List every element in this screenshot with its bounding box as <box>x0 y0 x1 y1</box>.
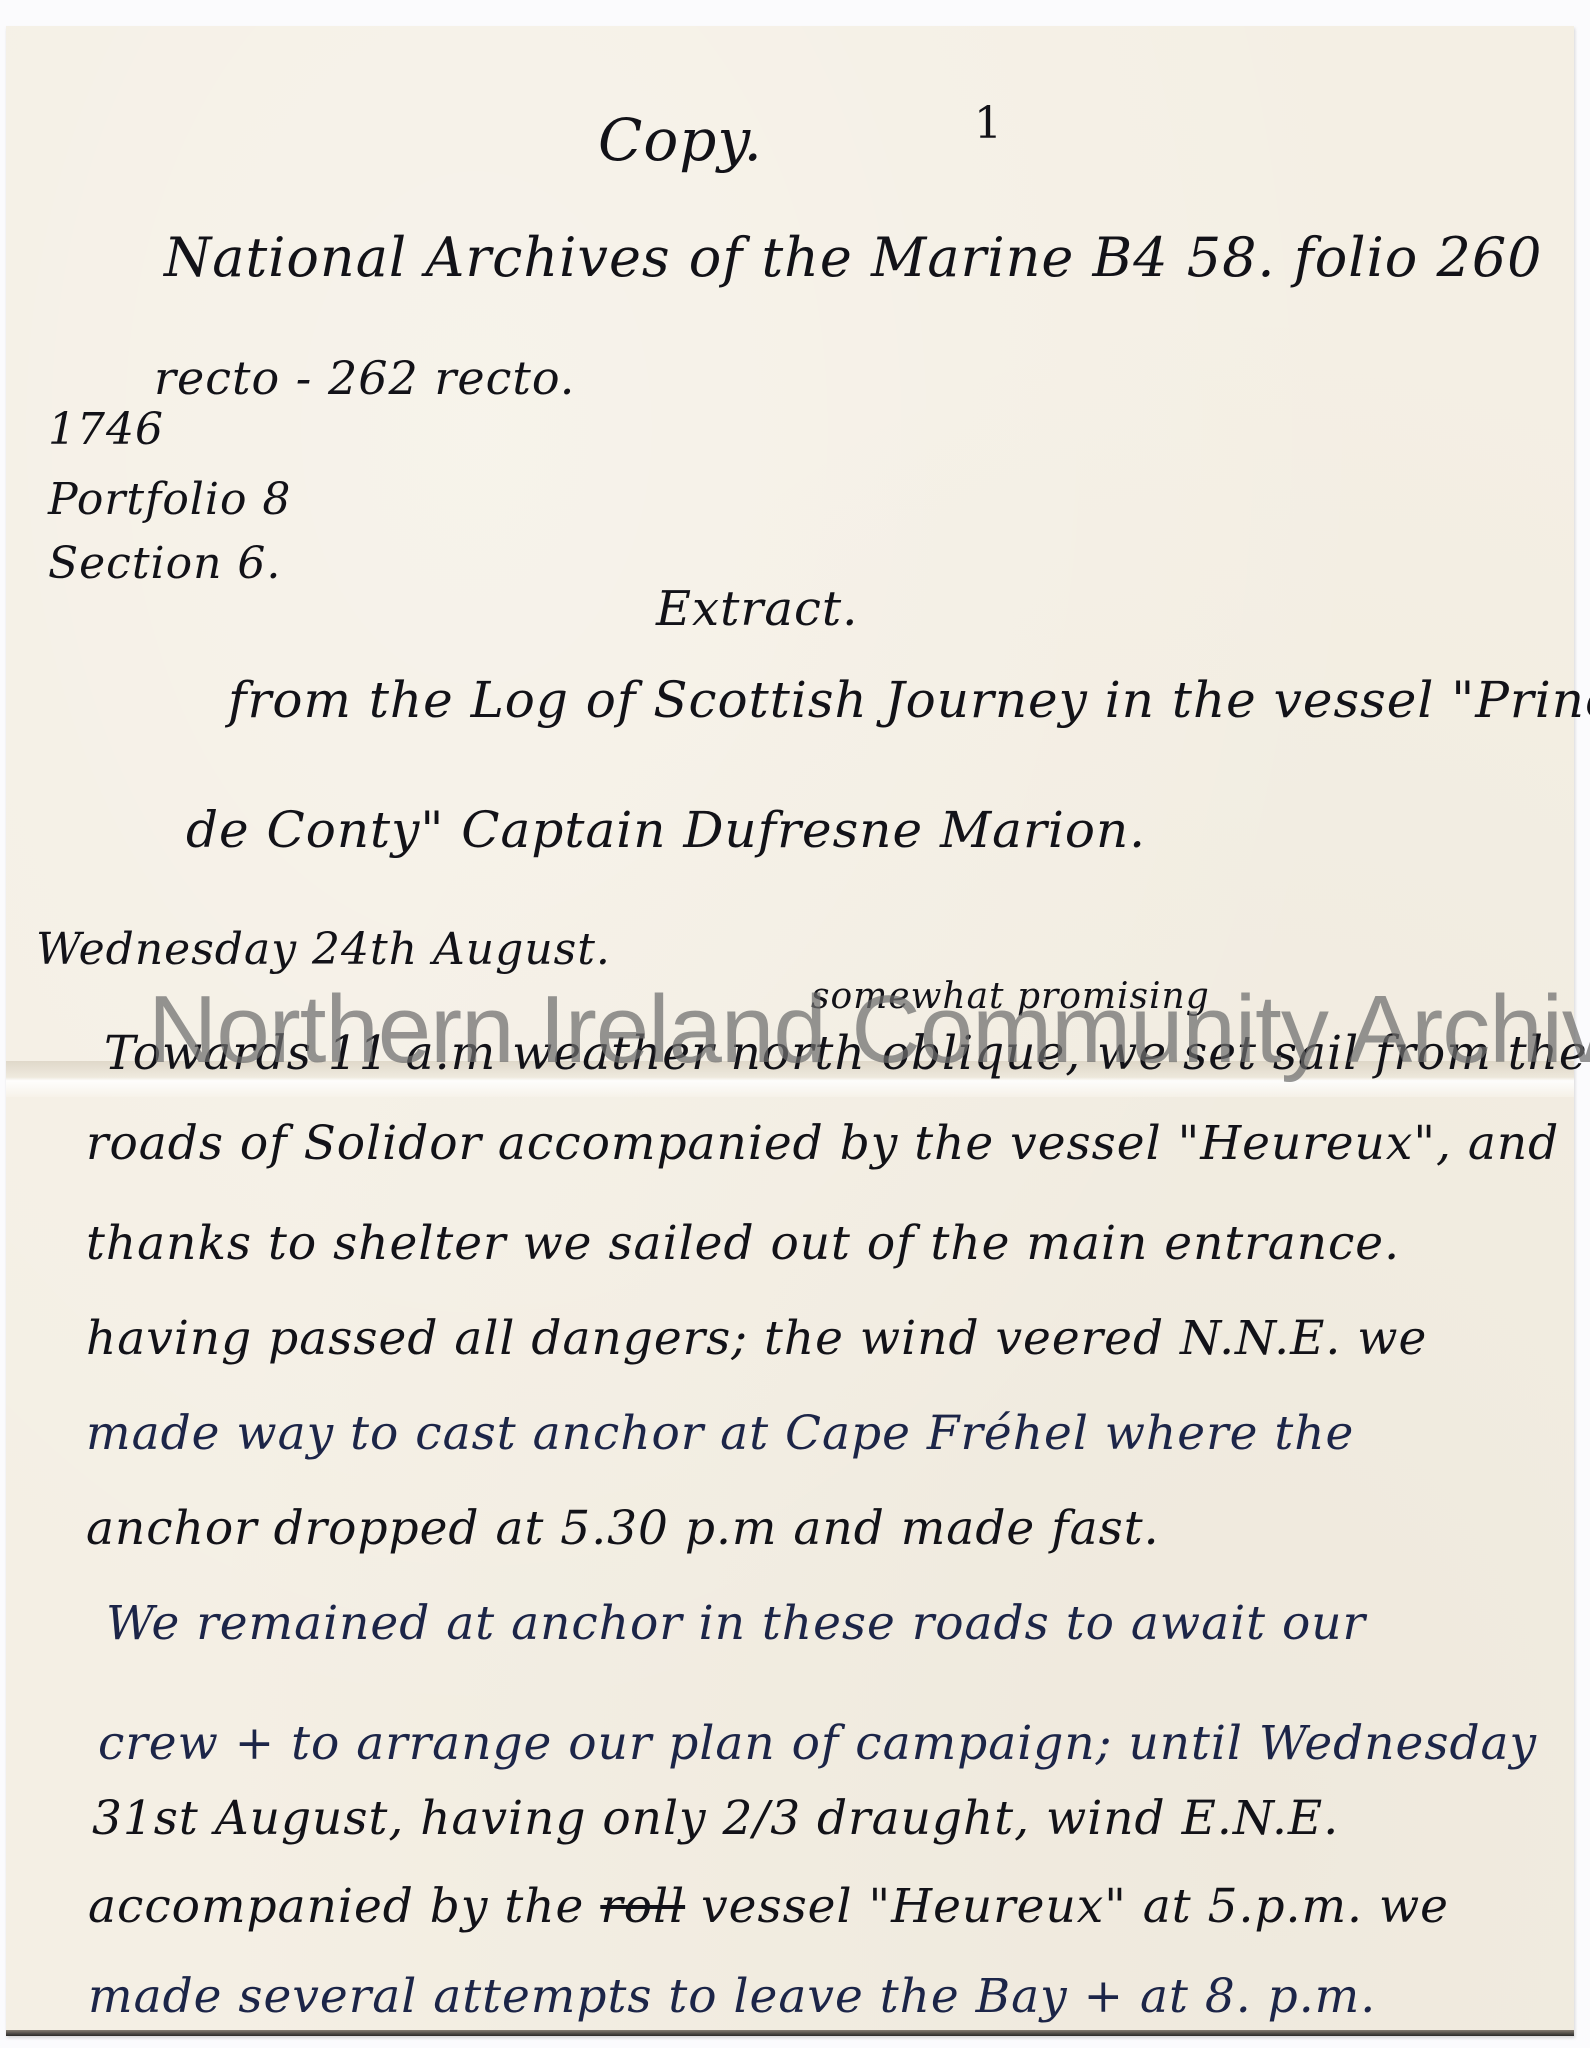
insertion-note: somewhat promising <box>811 976 1210 1017</box>
body-line: having passed all dangers; the wind veer… <box>86 1311 1427 1366</box>
body-line: 31st August, having only 2/3 draught, wi… <box>92 1791 1339 1846</box>
extract-title: Extract. <box>656 581 858 637</box>
struck-word: roll <box>600 1879 685 1934</box>
body-line: made way to cast anchor at Cape Fréhel w… <box>86 1406 1354 1461</box>
title-line-1: from the Log of Scottish Journey in the … <box>228 671 1590 729</box>
body-line: made several attempts to leave the Bay +… <box>88 1969 1376 2024</box>
body-line: accompanied by the roll vessel "Heureux"… <box>88 1879 1449 1934</box>
body-line: Towards 11 a.m weather north oblique, we… <box>104 1026 1588 1081</box>
reference-section: Section 6. <box>48 538 281 589</box>
title-line-2: de Conty" Captain Dufresne Marion. <box>186 801 1146 859</box>
body-line-text: vessel "Heureux" at 5.p.m. we <box>701 1879 1449 1934</box>
manuscript-page: Copy. 1 National Archives of the Marine … <box>6 26 1574 2036</box>
body-line-text: accompanied by the <box>88 1879 584 1934</box>
source-line-1: National Archives of the Marine B4 58. f… <box>164 226 1543 289</box>
body-line: crew + to arrange our plan of campaign; … <box>98 1716 1537 1771</box>
entry-date: Wednesday 24th August. <box>36 924 611 975</box>
body-line: We remained at anchor in these roads to … <box>106 1596 1366 1651</box>
source-line-2: recto - 262 recto. <box>154 351 575 405</box>
reference-portfolio: Portfolio 8 <box>48 474 291 525</box>
body-line: thanks to shelter we sailed out of the m… <box>86 1216 1400 1271</box>
paper-bottom-edge <box>6 2030 1574 2036</box>
reference-year: 1746 <box>48 404 164 455</box>
copy-label: Copy. <box>598 106 763 174</box>
page-number: 1 <box>974 98 1003 149</box>
body-line: anchor dropped at 5.30 p.m and made fast… <box>86 1501 1160 1556</box>
body-line: roads of Solidor accompanied by the vess… <box>86 1116 1559 1171</box>
